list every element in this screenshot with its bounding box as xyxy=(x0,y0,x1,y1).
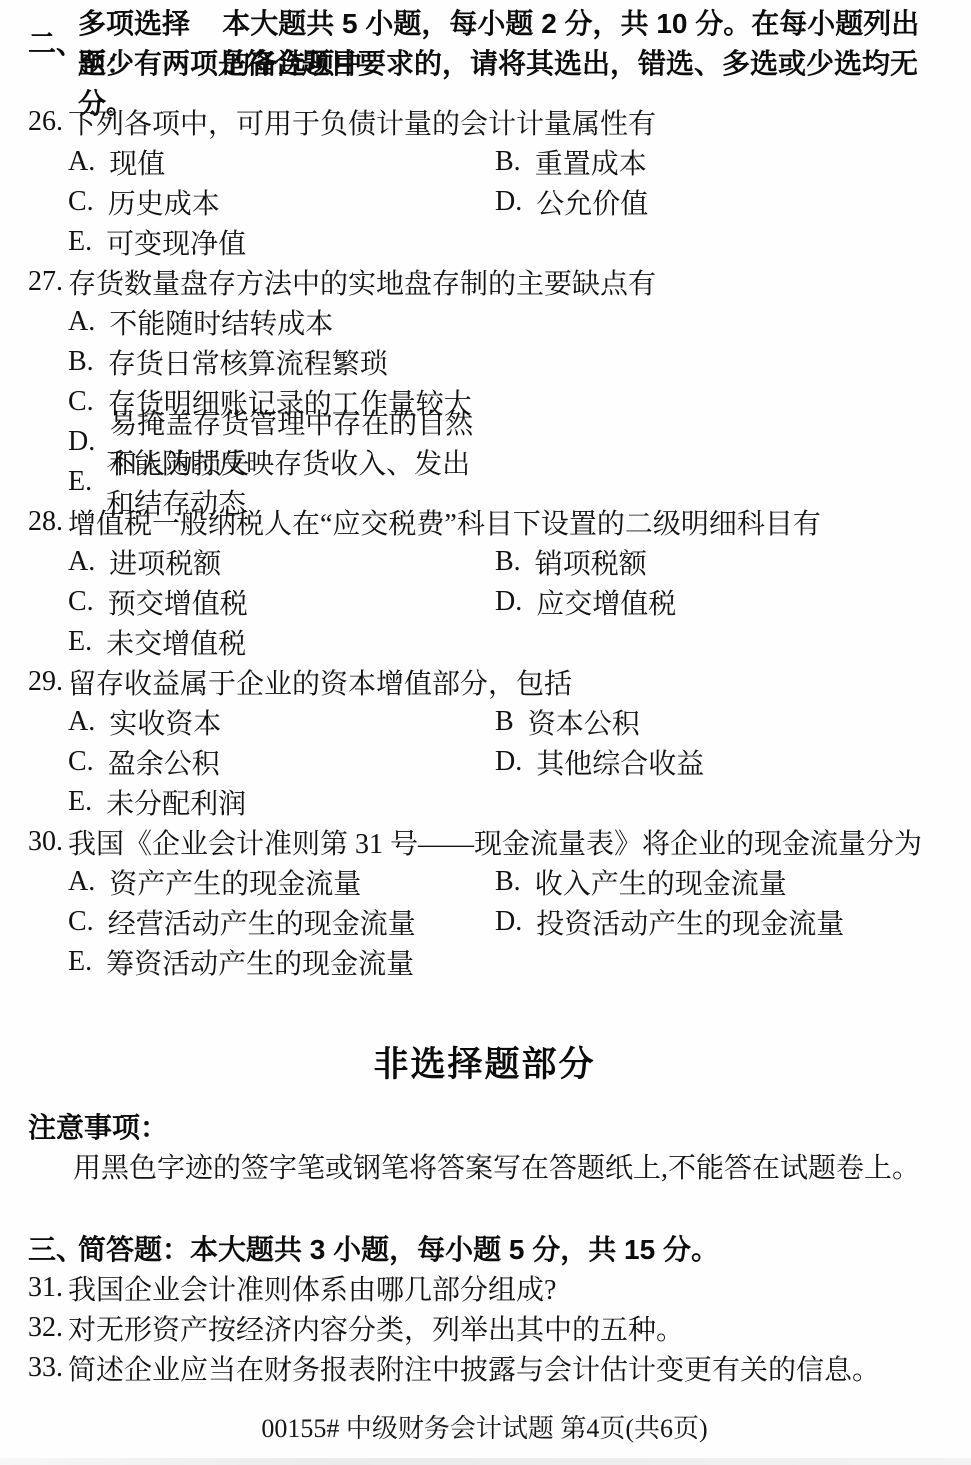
question-text: 我国企业会计准则体系由哪几部分组成? xyxy=(68,1268,556,1308)
options-row: A.不能随时结转成本 xyxy=(28,302,941,342)
section-heading-body: 简答题：本大题共 3 小题，每小题 5 分，共 15 分。 xyxy=(78,1228,941,1268)
question-stem-row: 29. 留存收益属于企业的资本增值部分，包括 xyxy=(28,662,941,702)
question-text: 对无形资产按经济内容分类，列举出其中的五种。 xyxy=(68,1308,684,1348)
option-text: 可变现净值 xyxy=(106,222,246,262)
question-28: 28. 增值税一般纳税人在“应交税费”科目下设置的二级明细科目有 A.进项税额 … xyxy=(28,502,941,662)
option-a: A.不能随时结转成本 xyxy=(68,302,495,342)
option-b: B.重置成本 xyxy=(495,142,941,182)
option-text: 未分配利润 xyxy=(106,782,246,822)
question-number: 30. xyxy=(28,826,68,858)
option-d: D.公允价值 xyxy=(495,182,941,222)
section-desc: 本大题共 3 小题，每小题 5 分，共 15 分。 xyxy=(190,1228,719,1268)
option-label: A. xyxy=(68,866,95,898)
options-row: E.筹资活动产生的现金流量 xyxy=(28,942,941,982)
question-29: 29. 留存收益属于企业的资本增值部分，包括 A.实收资本 B资本公积 C.盈余… xyxy=(28,662,941,822)
question-33: 33. 简述企业应当在财务报表附注中披露与会计估计变更有关的信息。 xyxy=(28,1348,941,1388)
option-label: C. xyxy=(68,186,94,218)
option-label: E. xyxy=(68,626,92,658)
option-text: 未交增值税 xyxy=(106,622,246,662)
options-row: E.可变现净值 xyxy=(28,222,941,262)
option-text: 资产产生的现金流量 xyxy=(109,862,361,902)
page-content: 二、 多项选择题：本大题共 5 小题，每小题 2 分，共 10 分。在每小题列出… xyxy=(0,0,971,1446)
question-stem: 增值税一般纳税人在“应交税费”科目下设置的二级明细科目有 xyxy=(68,502,821,542)
non-choice-section-title: 非选择题部分 xyxy=(28,1034,941,1090)
notice-body: 用黑色字迹的签字笔或钢笔将答案写在答题纸上,不能答在试题卷上。 xyxy=(28,1146,941,1186)
options-row: C.历史成本 D.公允价值 xyxy=(28,182,941,222)
section-number: 二、 xyxy=(28,22,78,62)
option-e: E.未交增值税 xyxy=(68,622,495,662)
option-a: A.实收资本 xyxy=(68,702,495,742)
question-32: 32. 对无形资产按经济内容分类，列举出其中的五种。 xyxy=(28,1308,941,1348)
multiple-choice-section-heading: 二、 多项选择题：本大题共 5 小题，每小题 2 分，共 10 分。在每小题列出… xyxy=(28,22,941,102)
options-row: A.进项税额 B.销项税额 xyxy=(28,542,941,582)
option-a: A.进项税额 xyxy=(68,542,495,582)
options-row: C.预交增值税 D.应交增值税 xyxy=(28,582,941,622)
option-text: 历史成本 xyxy=(108,182,220,222)
option-c: C.盈余公积 xyxy=(68,742,495,782)
option-text: 预交增值税 xyxy=(108,582,248,622)
short-answer-section-heading: 三、 简答题：本大题共 3 小题，每小题 5 分，共 15 分。 xyxy=(28,1228,941,1268)
question-30: 30. 我国《企业会计准则第 31 号——现金流量表》将企业的现金流量分为 A.… xyxy=(28,822,941,982)
question-number: 29. xyxy=(28,666,68,698)
option-label: C. xyxy=(68,906,94,938)
option-label: D. xyxy=(495,586,522,618)
option-label: B. xyxy=(495,546,521,578)
question-number: 26. xyxy=(28,106,68,138)
notice-title: 注意事项： xyxy=(28,1106,941,1146)
scan-edge-artifact xyxy=(0,1458,971,1465)
option-b: B.销项税额 xyxy=(495,542,941,582)
options-row: E.未分配利润 xyxy=(28,782,941,822)
section-number: 三、 xyxy=(28,1228,78,1268)
option-text: 筹资活动产生的现金流量 xyxy=(106,942,414,982)
option-label: A. xyxy=(68,706,95,738)
option-label: C. xyxy=(68,746,94,778)
option-label: E. xyxy=(68,226,92,258)
option-text: 盈余公积 xyxy=(108,742,220,782)
option-d: D.投资活动产生的现金流量 xyxy=(495,902,941,942)
option-text: 收入产生的现金流量 xyxy=(535,862,787,902)
question-number: 33. xyxy=(28,1352,68,1384)
option-label: C. xyxy=(68,586,94,618)
option-label: E. xyxy=(68,786,92,818)
options-row: A.实收资本 B资本公积 xyxy=(28,702,941,742)
option-d: D.其他综合收益 xyxy=(495,742,941,782)
options-row: C.盈余公积 D.其他综合收益 xyxy=(28,742,941,782)
question-27: 27. 存货数量盘存方法中的实地盘存制的主要缺点有 A.不能随时结转成本 B.存… xyxy=(28,262,941,502)
option-b: B资本公积 xyxy=(495,702,941,742)
option-text: 进项税额 xyxy=(109,542,221,582)
option-text: 经营活动产生的现金流量 xyxy=(108,902,416,942)
section-heading-line: 简答题：本大题共 3 小题，每小题 5 分，共 15 分。 xyxy=(78,1228,941,1268)
question-stem: 我国《企业会计准则第 31 号——现金流量表》将企业的现金流量分为 xyxy=(68,822,922,862)
options-row: B.存货日常核算流程繁琐 xyxy=(28,342,941,382)
option-label: D. xyxy=(495,906,522,938)
option-text: 重置成本 xyxy=(535,142,647,182)
option-b: B.存货日常核算流程繁琐 xyxy=(68,342,495,382)
question-number: 27. xyxy=(28,266,68,298)
question-stem: 存货数量盘存方法中的实地盘存制的主要缺点有 xyxy=(68,262,656,302)
option-text: 资本公积 xyxy=(528,702,640,742)
option-label: E. xyxy=(68,466,92,498)
option-a: A.现值 xyxy=(68,142,495,182)
option-e: E.筹资活动产生的现金流量 xyxy=(68,942,495,982)
option-b: B.收入产生的现金流量 xyxy=(495,862,941,902)
option-text: 现值 xyxy=(109,142,165,182)
question-stem-row: 28. 增值税一般纳税人在“应交税费”科目下设置的二级明细科目有 xyxy=(28,502,941,542)
option-text: 公允价值 xyxy=(536,182,648,222)
option-text: 其他综合收益 xyxy=(536,742,704,782)
option-a: A.资产产生的现金流量 xyxy=(68,862,495,902)
option-c: C.经营活动产生的现金流量 xyxy=(68,902,495,942)
page-footer: 00155# 中级财务会计试题 第4页(共6页) xyxy=(28,1406,941,1446)
exam-page: 二、 多项选择题：本大题共 5 小题，每小题 2 分，共 10 分。在每小题列出… xyxy=(0,0,971,1465)
question-31: 31. 我国企业会计准则体系由哪几部分组成? xyxy=(28,1268,941,1308)
question-stem-row: 27. 存货数量盘存方法中的实地盘存制的主要缺点有 xyxy=(28,262,941,302)
options-row: E.未交增值税 xyxy=(28,622,941,662)
question-stem: 留存收益属于企业的资本增值部分，包括 xyxy=(68,662,572,702)
option-e: E.可变现净值 xyxy=(68,222,495,262)
option-text: 应交增值税 xyxy=(536,582,676,622)
options-row: A.资产产生的现金流量 B.收入产生的现金流量 xyxy=(28,862,941,902)
section-title: 简答题： xyxy=(78,1228,190,1268)
question-number: 31. xyxy=(28,1272,68,1304)
question-number: 28. xyxy=(28,506,68,538)
question-stem-row: 30. 我国《企业会计准则第 31 号——现金流量表》将企业的现金流量分为 xyxy=(28,822,941,862)
option-text: 不能随时结转成本 xyxy=(109,302,333,342)
option-text: 投资活动产生的现金流量 xyxy=(536,902,844,942)
section-desc-line2: 至少有两项是符合题目要求的，请将其选出，错选、多选或少选均无分。 xyxy=(78,62,941,102)
option-label: A. xyxy=(68,306,95,338)
option-label: D. xyxy=(495,746,522,778)
option-label: B. xyxy=(495,146,521,178)
option-d: D.应交增值税 xyxy=(495,582,941,622)
question-number: 32. xyxy=(28,1312,68,1344)
question-text: 简述企业应当在财务报表附注中披露与会计估计变更有关的信息。 xyxy=(68,1348,880,1388)
option-label: A. xyxy=(68,146,95,178)
option-label: B. xyxy=(68,346,94,378)
option-c: C.预交增值税 xyxy=(68,582,495,622)
option-label: B xyxy=(495,706,514,738)
option-text: 销项税额 xyxy=(535,542,647,582)
options-row: E.不能随时反映存货收入、发出和结存动态 xyxy=(28,462,941,502)
option-text: 实收资本 xyxy=(109,702,221,742)
options-row: C.经营活动产生的现金流量 D.投资活动产生的现金流量 xyxy=(28,902,941,942)
option-text: 存货日常核算流程繁琐 xyxy=(108,342,388,382)
options-row: A.现值 B.重置成本 xyxy=(28,142,941,182)
question-stem: 下列各项中，可用于负债计量的会计计量属性有 xyxy=(68,102,656,142)
option-e: E.未分配利润 xyxy=(68,782,495,822)
option-label: B. xyxy=(495,866,521,898)
section-heading-body: 多项选择题：本大题共 5 小题，每小题 2 分，共 10 分。在每小题列出的备选… xyxy=(78,22,941,102)
option-label: D. xyxy=(495,186,522,218)
option-c: C.历史成本 xyxy=(68,182,495,222)
option-label: A. xyxy=(68,546,95,578)
question-26: 26. 下列各项中，可用于负债计量的会计计量属性有 A.现值 B.重置成本 C.… xyxy=(28,102,941,262)
option-label: E. xyxy=(68,946,92,978)
